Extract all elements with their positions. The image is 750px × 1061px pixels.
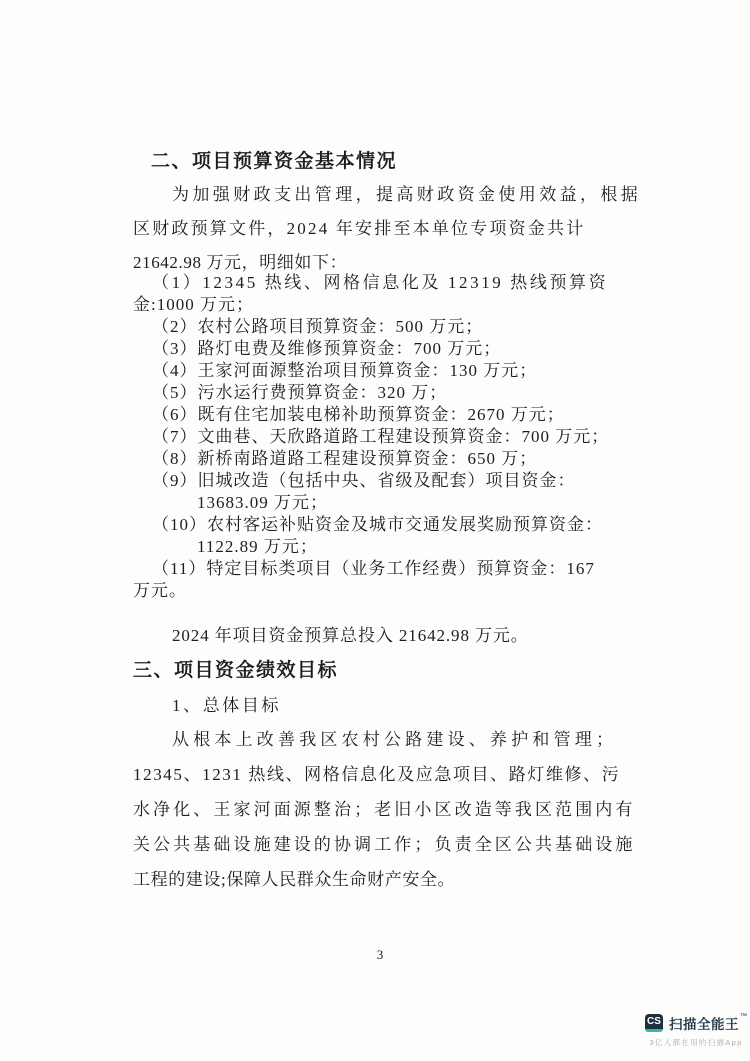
performance-goal-paragraph: 从根本上改善我区农村公路建设、养护和管理； 12345、1231 热线、网格信息… <box>133 722 645 897</box>
camscanner-brand-name: 扫描全能王 <box>669 1013 739 1033</box>
paragraph-line: 工程的建设;保障人民群众生命财产安全。 <box>133 862 645 897</box>
paragraph-line: 区财政预算文件，2024 年安排至本单位专项资金共计 <box>133 212 638 246</box>
budget-item-line: （2）农村公路项目预算资金：500 万元； <box>133 316 643 338</box>
camscanner-brand-row: CS 扫描全能王 ™ <box>645 1013 747 1033</box>
budget-item-line: 13683.09 万元； <box>133 492 643 514</box>
trademark-symbol: ™ <box>740 1013 747 1020</box>
camscanner-logo-icon: CS <box>645 1014 663 1032</box>
paragraph-line: 12345、1231 热线、网格信息化及应急项目、路灯维修、污 <box>133 757 645 792</box>
scanned-document-page: { "page": { "number": "3" }, "section_bu… <box>0 0 750 1061</box>
budget-item-line: （7）文曲巷、天欣路道路工程建设预算资金：700 万元； <box>133 426 643 448</box>
budget-total-line: 2024 年项目资金预算总投入 21642.98 万元。 <box>172 621 529 646</box>
subsection-heading-overall-goal: 1、总体目标 <box>172 691 281 716</box>
budget-item-line: （6）既有住宅加装电梯补助预算资金：2670 万元； <box>133 404 643 426</box>
budget-item-list: （1）12345 热线、网格信息化及 12319 热线预算资 金:1000 万元… <box>133 272 643 602</box>
budget-item-line: （11）特定目标类项目（业务工作经费）预算资金：167 <box>133 558 643 580</box>
budget-item-line: （10）农村客运补贴资金及城市交通发展奖励预算资金： <box>133 514 643 536</box>
section-heading-performance: 三、项目资金绩效目标 <box>133 655 338 682</box>
budget-item-line: （3）路灯电费及维修预算资金：700 万元； <box>133 338 643 360</box>
budget-item-line: （4）王家河面源整治项目预算资金：130 万元； <box>133 360 643 382</box>
paragraph-line: 从根本上改善我区农村公路建设、养护和管理； <box>133 722 645 757</box>
page-number: 3 <box>0 947 750 963</box>
budget-item-line: 金:1000 万元； <box>133 294 643 316</box>
budget-item-line: （5）污水运行费预算资金：320 万； <box>133 382 643 404</box>
budget-intro-paragraph: 为加强财政支出管理，提高财政资金使用效益，根据 区财政预算文件，2024 年安排… <box>133 178 638 280</box>
budget-item-line: （1）12345 热线、网格信息化及 12319 热线预算资 <box>133 272 643 294</box>
camscanner-tagline: 3亿人都在用的扫描App <box>645 1037 747 1048</box>
paragraph-line: 水净化、王家河面源整治；老旧小区改造等我区范围内有 <box>133 792 645 827</box>
camscanner-watermark: CS 扫描全能王 ™ 3亿人都在用的扫描App <box>645 1013 747 1048</box>
budget-item-line: 万元。 <box>133 580 643 602</box>
budget-item-line: （8）新桥南路道路工程建设预算资金：650 万； <box>133 448 643 470</box>
budget-item-line: （9）旧城改造（包括中央、省级及配套）项目资金： <box>133 470 643 492</box>
budget-item-line: 1122.89 万元； <box>133 536 643 558</box>
paragraph-line: 关公共基础设施建设的协调工作；负责全区公共基础设施 <box>133 827 645 862</box>
paragraph-line: 为加强财政支出管理，提高财政资金使用效益，根据 <box>133 178 638 212</box>
section-heading-budget: 二、项目预算资金基本情况 <box>151 146 397 173</box>
